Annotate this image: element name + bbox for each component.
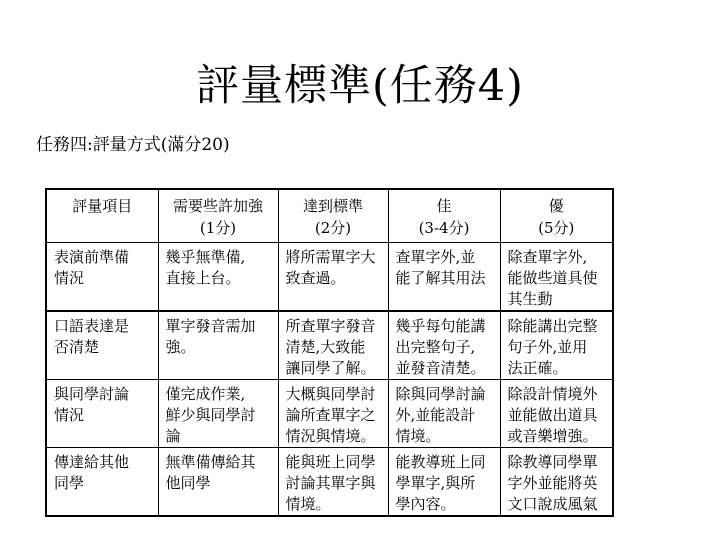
rubric-table: 評量項目 需要些許加強 (1分) 達到標準 (2分) 佳 (3-4分) 優 (5… (45, 188, 614, 517)
table-row: 表演前準備 情況 幾乎無準備, 直接上台。 將所需單字大 致查過。 查單字外,並… (46, 242, 613, 311)
slide-title: 評量標準(任務4) (0, 60, 720, 112)
table-row: 口語表達是 否清楚 單字發音需加 強。 所查單字發音 清楚,大致能 讓同學了解。… (46, 311, 613, 380)
table-cell: 能教導班上同 學單字,與所 學內容。 (388, 447, 500, 516)
table-cell: 表演前準備 情況 (46, 242, 158, 311)
table-cell: 與同學討論 情況 (46, 379, 158, 447)
table-cell: 無準備傳給其 他同學 (158, 447, 278, 516)
table-cell: 大概與同學討 論所查單字之 情況與情境。 (278, 379, 388, 447)
table-cell: 除能講出完整 句子外,並用 法正確。 (500, 311, 613, 380)
header-cell-needs: 需要些許加強 (1分) (158, 189, 278, 242)
table-cell: 所查單字發音 清楚,大致能 讓同學了解。 (278, 311, 388, 380)
rubric-header-row: 評量項目 需要些許加強 (1分) 達到標準 (2分) 佳 (3-4分) 優 (5… (46, 189, 613, 242)
header-cell-item: 評量項目 (46, 189, 158, 242)
table-cell: 除教導同學單 字外並能將英 文口說成風氣 (500, 447, 613, 516)
table-cell: 除設計情境外 並能做出道具 或音樂增強。 (500, 379, 613, 447)
slide-subtitle: 任務四:評量方式(滿分20) (36, 133, 230, 157)
presentation-slide: 評量標準(任務4) 任務四:評量方式(滿分20) 評量項目 需要些許加強 (1分… (0, 0, 720, 540)
table-cell: 幾乎每句能講 出完整句子, 並發音清楚。 (388, 311, 500, 380)
table-cell: 除查單字外, 能做些道具使 其生動 (500, 242, 613, 311)
table-cell: 單字發音需加 強。 (158, 311, 278, 380)
header-cell-good: 佳 (3-4分) (388, 189, 500, 242)
header-cell-standard: 達到標準 (2分) (278, 189, 388, 242)
table-cell: 能與班上同學 討論其單字與 情境。 (278, 447, 388, 516)
table-cell: 將所需單字大 致查過。 (278, 242, 388, 311)
table-row: 傳達給其他 同學 無準備傳給其 他同學 能與班上同學 討論其單字與 情境。 能教… (46, 447, 613, 516)
table-cell: 口語表達是 否清楚 (46, 311, 158, 380)
header-cell-excellent: 優 (5分) (500, 189, 613, 242)
table-cell: 除與同學討論 外,並能設計 情境。 (388, 379, 500, 447)
table-cell: 幾乎無準備, 直接上台。 (158, 242, 278, 311)
table-cell: 查單字外,並 能了解其用法 (388, 242, 500, 311)
table-cell: 僅完成作業, 鮮少與同學討 論 (158, 379, 278, 447)
table-cell: 傳達給其他 同學 (46, 447, 158, 516)
table-row: 與同學討論 情況 僅完成作業, 鮮少與同學討 論 大概與同學討 論所查單字之 情… (46, 379, 613, 447)
